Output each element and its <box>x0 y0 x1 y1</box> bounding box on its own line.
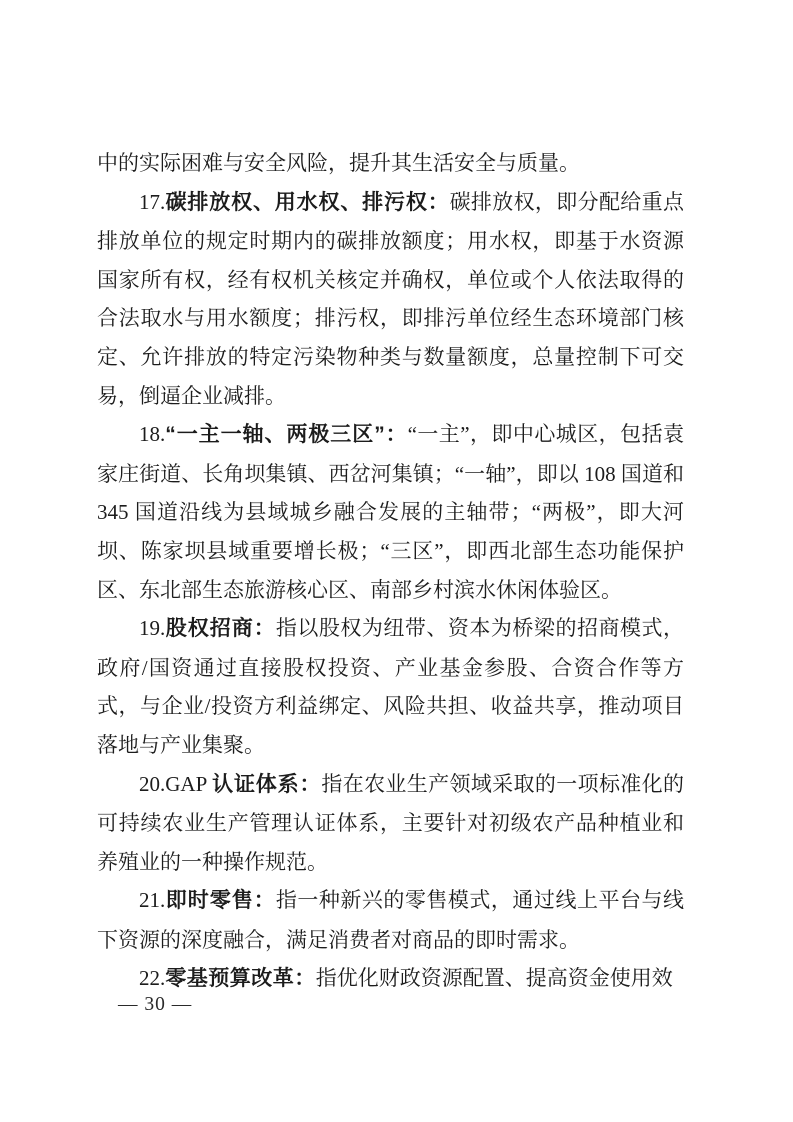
continuation-paragraph: 中的实际困难与安全风险，提升其生活安全与质量。 <box>97 144 684 183</box>
definition-paragraph-17: 17.碳排放权、用水权、排污权：碳排放权，即分配给重点排放单位的规定时期内的碳排… <box>97 183 684 416</box>
definition-number: 18. <box>139 422 165 446</box>
definition-number: 20. <box>139 772 165 796</box>
definition-paragraph-19: 19.股权招商：指以股权为纽带、资本为桥梁的招商模式，政府/国资通过直接股权投资… <box>97 609 684 764</box>
definition-term: 零基预算改革： <box>165 967 316 990</box>
definition-paragraph-21: 21.即时零售：指一种新兴的零售模式，通过线上平台与线下资源的深度融合，满足消费… <box>97 881 684 959</box>
definition-term: “一主一轴、两极三区”： <box>165 423 407 446</box>
definition-number: 17. <box>139 190 165 214</box>
definition-term: 股权招商： <box>165 617 276 640</box>
definition-term: 认证体系： <box>212 773 321 796</box>
page-body-text: 中的实际困难与安全风险，提升其生活安全与质量。 17.碳排放权、用水权、排污权：… <box>97 144 684 999</box>
definition-number: 22. <box>139 966 165 990</box>
definition-number: 21. <box>139 888 165 912</box>
paragraph-text: 中的实际困难与安全风险，提升其生活安全与质量。 <box>97 151 580 175</box>
definition-paragraph-20: 20.GAP 认证体系：指在农业生产领域采取的一项标准化的可持续农业生产管理认证… <box>97 765 684 882</box>
definition-body: 碳排放权，即分配给重点排放单位的规定时期内的碳排放额度；用水权，即基于水资源国家… <box>97 190 684 408</box>
definition-body: 指优化财政资源配置、提高资金使用效 <box>316 966 673 990</box>
definition-term: 即时零售： <box>165 889 276 912</box>
definition-body: “一主”，即中心城区，包括袁家庄街道、长角坝集镇、西岔河集镇；“一轴”，即以 1… <box>97 422 684 601</box>
document-page: 中的实际困难与安全风险，提升其生活安全与质量。 17.碳排放权、用水权、排污权：… <box>0 0 793 1122</box>
definition-pre: GAP <box>165 772 212 796</box>
definition-term: 碳排放权、用水权、排污权： <box>165 191 449 214</box>
page-number: — 30 — <box>118 994 192 1016</box>
definition-paragraph-18: 18.“一主一轴、两极三区”：“一主”，即中心城区，包括袁家庄街道、长角坝集镇、… <box>97 415 684 609</box>
definition-number: 19. <box>139 616 165 640</box>
